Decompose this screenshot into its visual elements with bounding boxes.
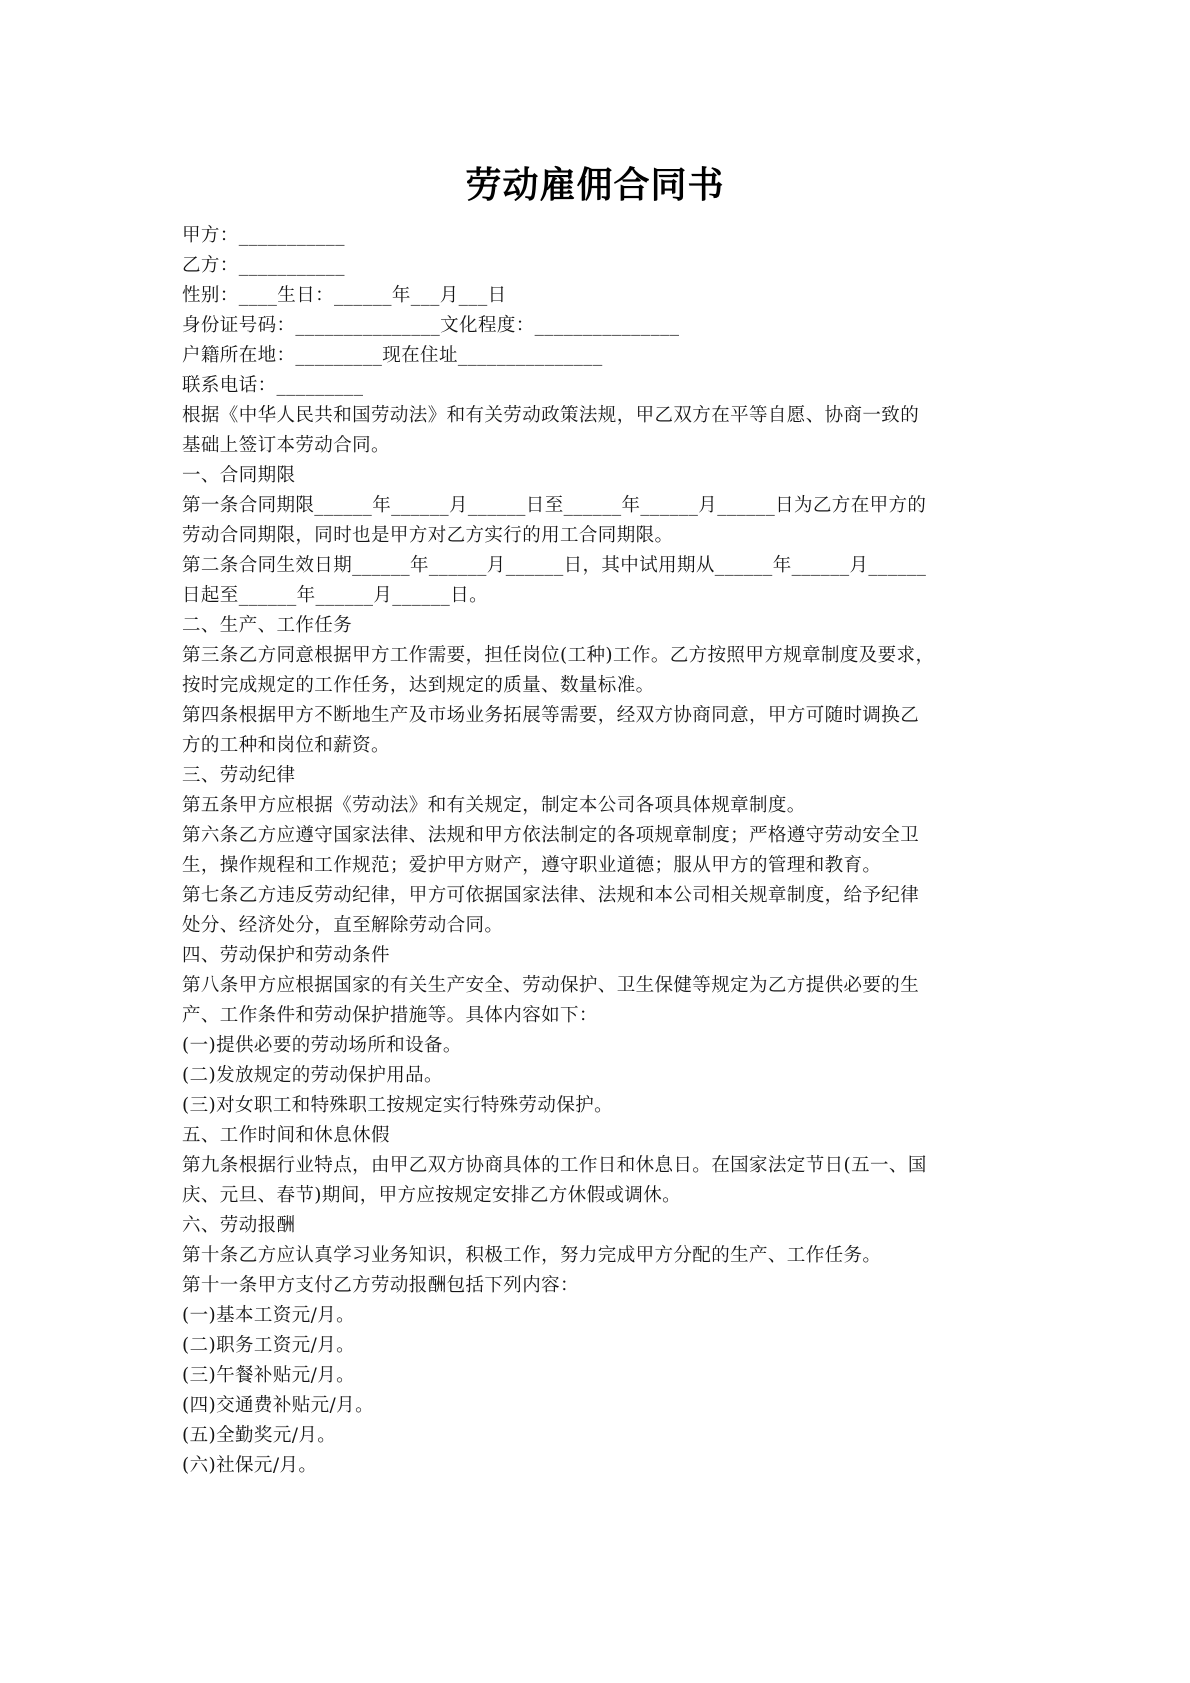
paragraph-line: 基础上签订本劳动合同。 — [182, 431, 1022, 461]
paragraph-line: 第九条根据行业特点，由甲乙双方协商具体的工作日和休息日。在国家法定节日(五一、国 — [182, 1151, 1022, 1181]
paragraph-line: 第八条甲方应根据国家的有关生产安全、劳动保护、卫生保健等规定为乙方提供必要的生 — [182, 971, 1022, 1001]
field-gender-birthday: 性别：____生日：______年___月___日 — [182, 281, 1022, 311]
paragraph-line: 第七条乙方违反劳动纪律，甲方可依据国家法律、法规和本公司相关规章制度，给予纪律 — [182, 881, 1022, 911]
field-phone: 联系电话：_________ — [182, 371, 1022, 401]
section-heading: 三、劳动纪律 — [182, 761, 1022, 791]
list-item: (二)发放规定的劳动保护用品。 — [182, 1061, 1022, 1091]
paragraph-line: 日起至______年______月______日。 — [182, 581, 1022, 611]
paragraph-line: 第十一条甲方支付乙方劳动报酬包括下列内容： — [182, 1271, 1022, 1301]
document-body: 甲方：___________ 乙方：___________ 性别：____生日：… — [182, 221, 1022, 1481]
paragraph-line: 劳动合同期限，同时也是甲方对乙方实行的用工合同期限。 — [182, 521, 1022, 551]
section-heading: 四、劳动保护和劳动条件 — [182, 941, 1022, 971]
list-item: (六)社保元/月。 — [182, 1451, 1022, 1481]
paragraph-line: 第一条合同期限______年______月______日至______年____… — [182, 491, 1022, 521]
list-item: (三)对女职工和特殊职工按规定实行特殊劳动保护。 — [182, 1091, 1022, 1121]
section-heading: 六、劳动报酬 — [182, 1211, 1022, 1241]
paragraph-line: 第六条乙方应遵守国家法律、法规和甲方依法制定的各项规章制度；严格遵守劳动安全卫 — [182, 821, 1022, 851]
paragraph-line: 处分、经济处分，直至解除劳动合同。 — [182, 911, 1022, 941]
paragraph-line: 方的工种和岗位和薪资。 — [182, 731, 1022, 761]
paragraph-line: 第四条根据甲方不断地生产及市场业务拓展等需要，经双方协商同意，甲方可随时调换乙 — [182, 701, 1022, 731]
list-item: (一)提供必要的劳动场所和设备。 — [182, 1031, 1022, 1061]
paragraph-line: 第十条乙方应认真学习业务知识，积极工作，努力完成甲方分配的生产、工作任务。 — [182, 1241, 1022, 1271]
paragraph-line: 生，操作规程和工作规范；爱护甲方财产，遵守职业道德；服从甲方的管理和教育。 — [182, 851, 1022, 881]
list-item: (一)基本工资元/月。 — [182, 1301, 1022, 1331]
list-item: (四)交通费补贴元/月。 — [182, 1391, 1022, 1421]
paragraph-line: 第五条甲方应根据《劳动法》和有关规定，制定本公司各项具体规章制度。 — [182, 791, 1022, 821]
document-page: 劳动雇佣合同书 甲方：___________ 乙方：___________ 性别… — [0, 0, 1190, 1683]
section-heading: 五、工作时间和休息休假 — [182, 1121, 1022, 1151]
paragraph-line: 产、工作条件和劳动保护措施等。具体内容如下： — [182, 1001, 1022, 1031]
paragraph-line: 第三条乙方同意根据甲方工作需要，担任岗位(工种)工作。乙方按照甲方规章制度及要求… — [182, 641, 1022, 671]
section-heading: 二、生产、工作任务 — [182, 611, 1022, 641]
list-item: (三)午餐补贴元/月。 — [182, 1361, 1022, 1391]
section-heading: 一、合同期限 — [182, 461, 1022, 491]
list-item: (五)全勤奖元/月。 — [182, 1421, 1022, 1451]
list-item: (二)职务工资元/月。 — [182, 1331, 1022, 1361]
field-id-education: 身份证号码：_______________文化程度：______________… — [182, 311, 1022, 341]
field-residence-address: 户籍所在地：_________现在住址_______________ — [182, 341, 1022, 371]
field-party-b: 乙方：___________ — [182, 251, 1022, 281]
paragraph-line: 按时完成规定的工作任务，达到规定的质量、数量标准。 — [182, 671, 1022, 701]
paragraph-line: 庆、元旦、春节)期间，甲方应按规定安排乙方休假或调休。 — [182, 1181, 1022, 1211]
paragraph-line: 第二条合同生效日期______年______月______日，其中试用期从___… — [182, 551, 1022, 581]
document-title: 劳动雇佣合同书 — [0, 160, 1190, 212]
field-party-a: 甲方：___________ — [182, 221, 1022, 251]
paragraph-line: 根据《中华人民共和国劳动法》和有关劳动政策法规，甲乙双方在平等自愿、协商一致的 — [182, 401, 1022, 431]
